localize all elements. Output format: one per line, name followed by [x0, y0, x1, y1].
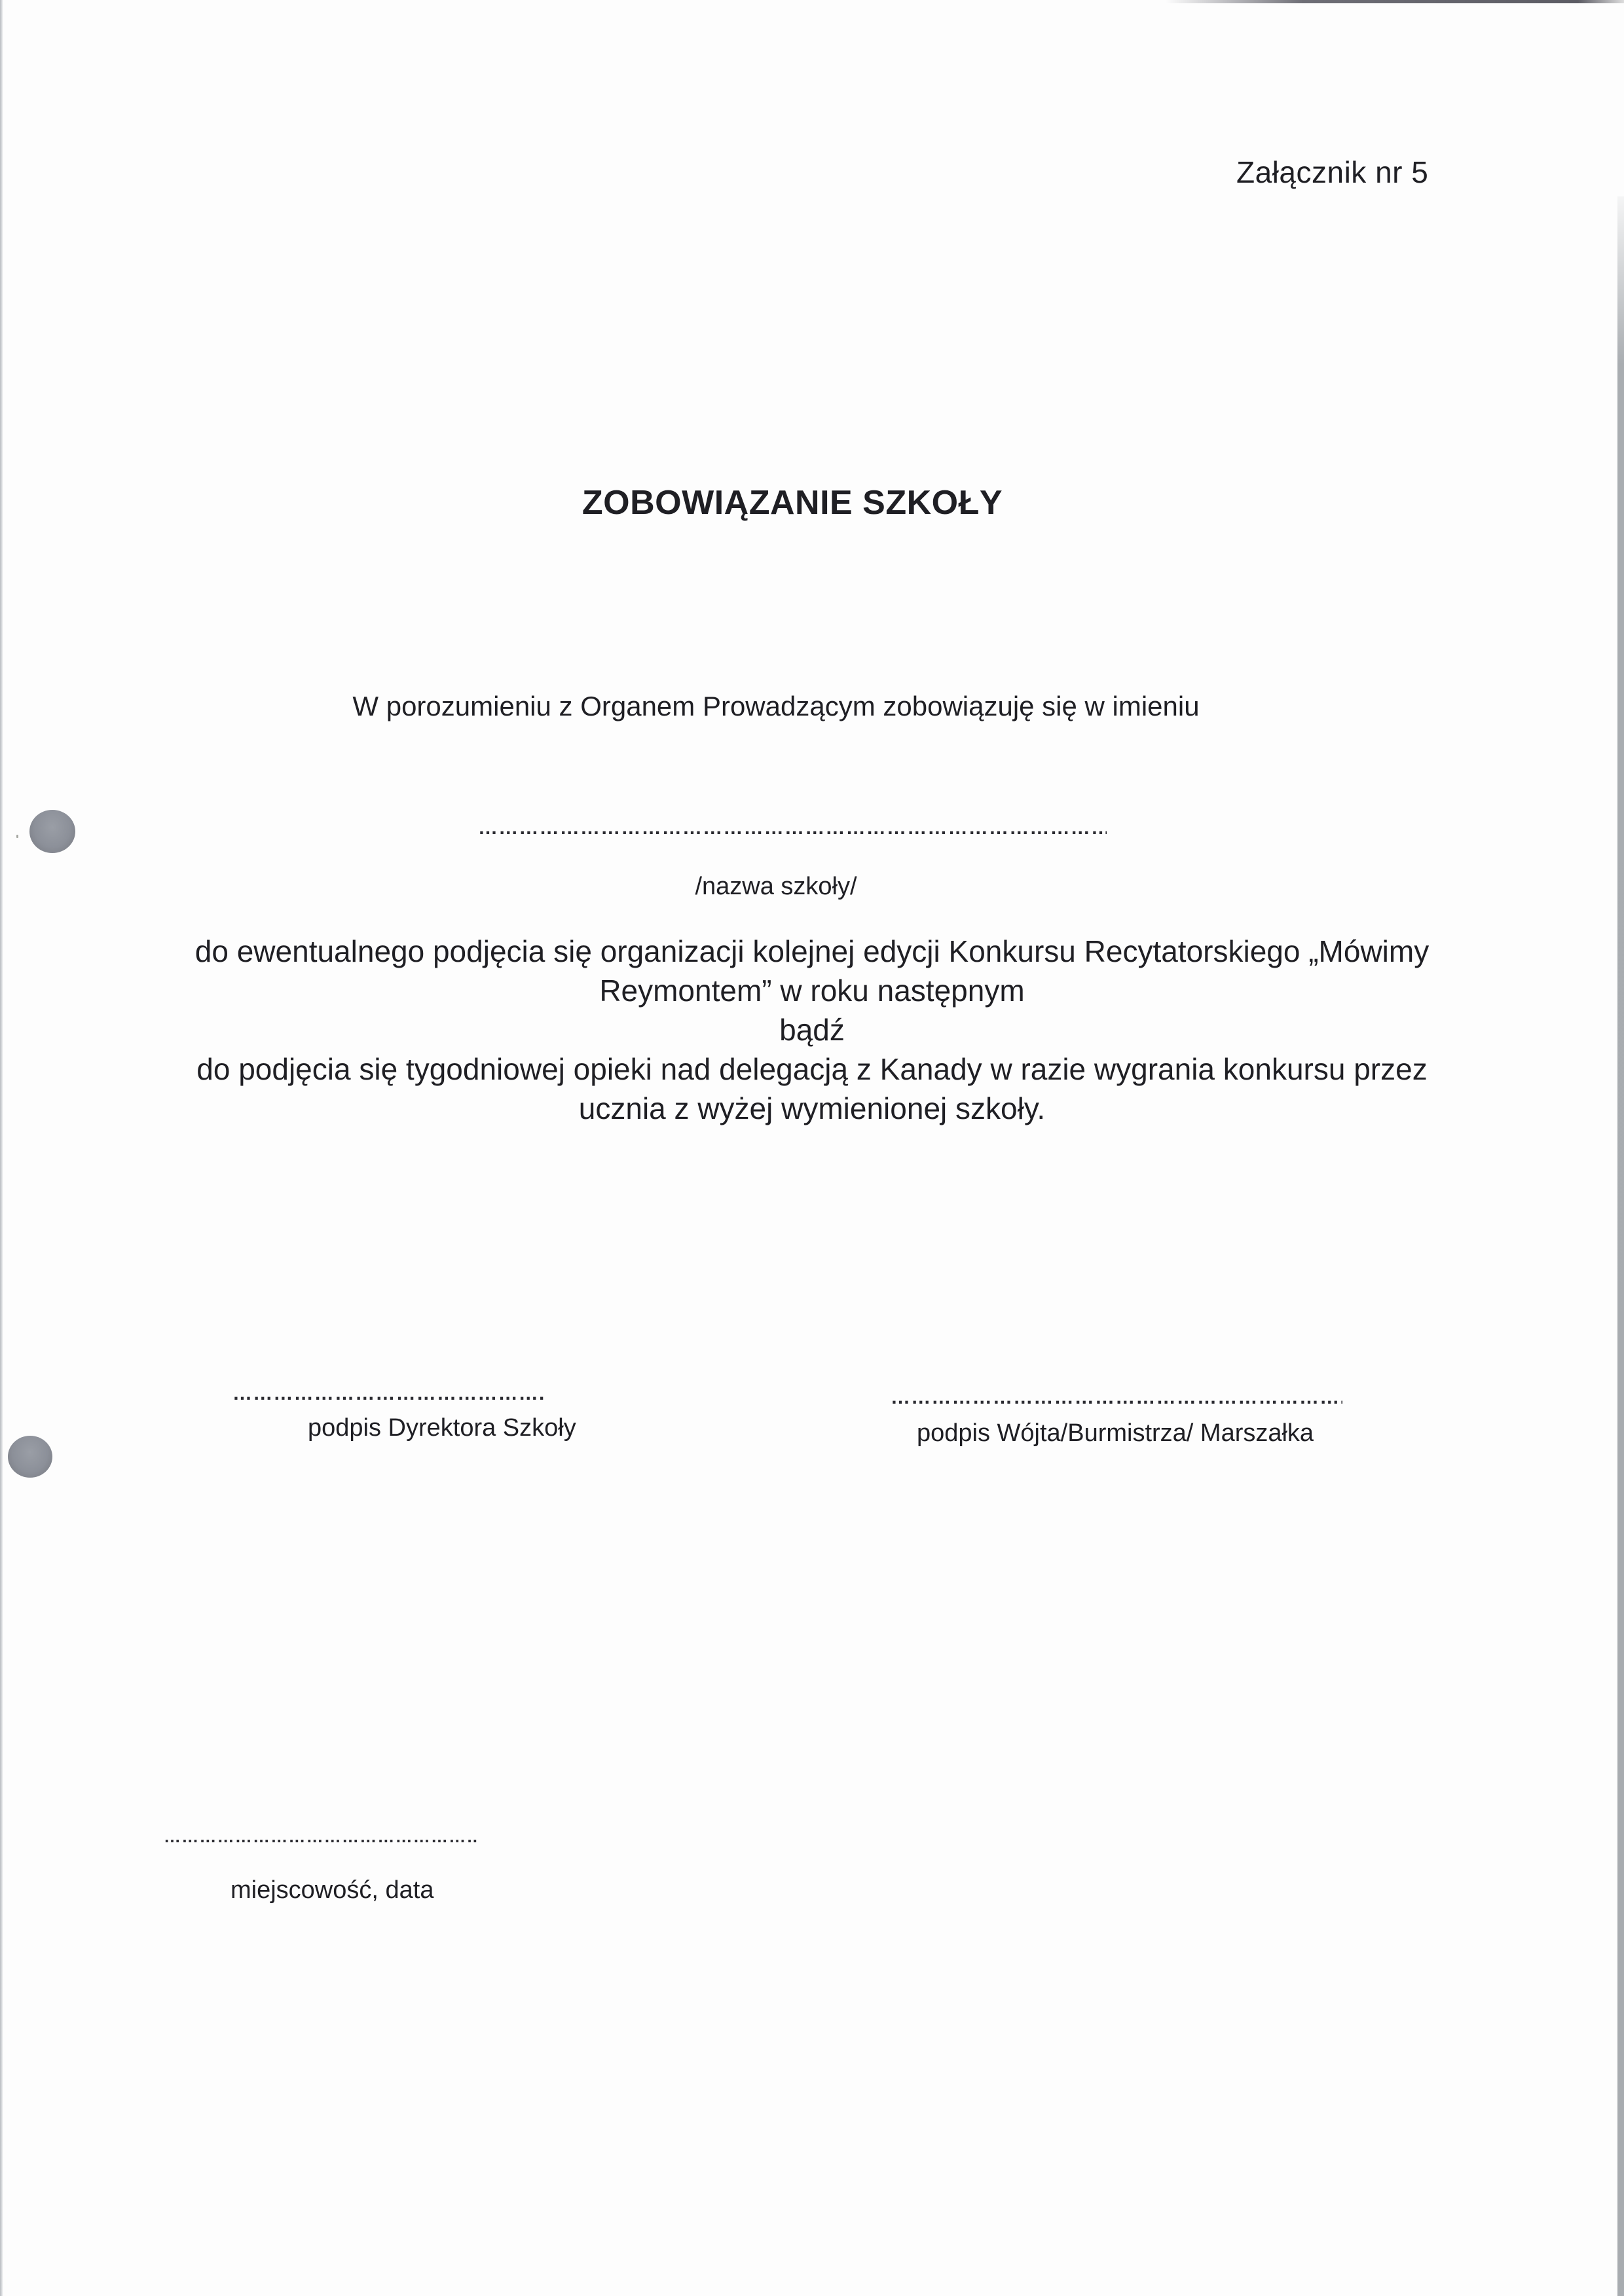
body-line: Reymontem” w roku następnym [131, 971, 1493, 1010]
body-line-or: bądź [131, 1010, 1493, 1049]
place-date-caption: miejscowość, data [231, 1876, 434, 1904]
scan-speck [16, 835, 18, 838]
mayor-signature-caption: podpis Wójta/Burmistrza/ Marszałka [917, 1419, 1314, 1448]
body-line: do ewentualnego podjęcia się organizacji… [131, 932, 1493, 971]
document-title: ZOBOWIĄZANIE SZKOŁY [0, 483, 1624, 522]
scan-edge-top [1166, 0, 1624, 3]
commitment-body: do ewentualnego podjęcia się organizacji… [131, 932, 1493, 1128]
intro-text: W porozumieniu z Organem Prowadzącym zob… [0, 691, 1624, 722]
body-line: do podjęcia się tygodniowej opieki nad d… [131, 1049, 1493, 1089]
school-name-caption: /nazwa szkoły/ [0, 873, 1624, 901]
punch-hole-icon [8, 1436, 52, 1478]
mayor-signature-field[interactable]: …………………………………………………………. [891, 1387, 1342, 1409]
punch-hole-icon [29, 810, 75, 853]
annex-label: Załącznik nr 5 [1236, 155, 1428, 190]
place-date-field[interactable]: ……………………………………………… [164, 1827, 478, 1847]
school-name-field[interactable]: ……………………………………………………………………………………... [478, 817, 1107, 839]
scan-edge-left [0, 0, 3, 2296]
director-signature-field[interactable]: ………………………………………. [232, 1383, 566, 1405]
body-line: ucznia z wyżej wymienionej szkoły. [131, 1089, 1493, 1128]
director-signature-caption: podpis Dyrektora Szkoły [308, 1414, 576, 1442]
